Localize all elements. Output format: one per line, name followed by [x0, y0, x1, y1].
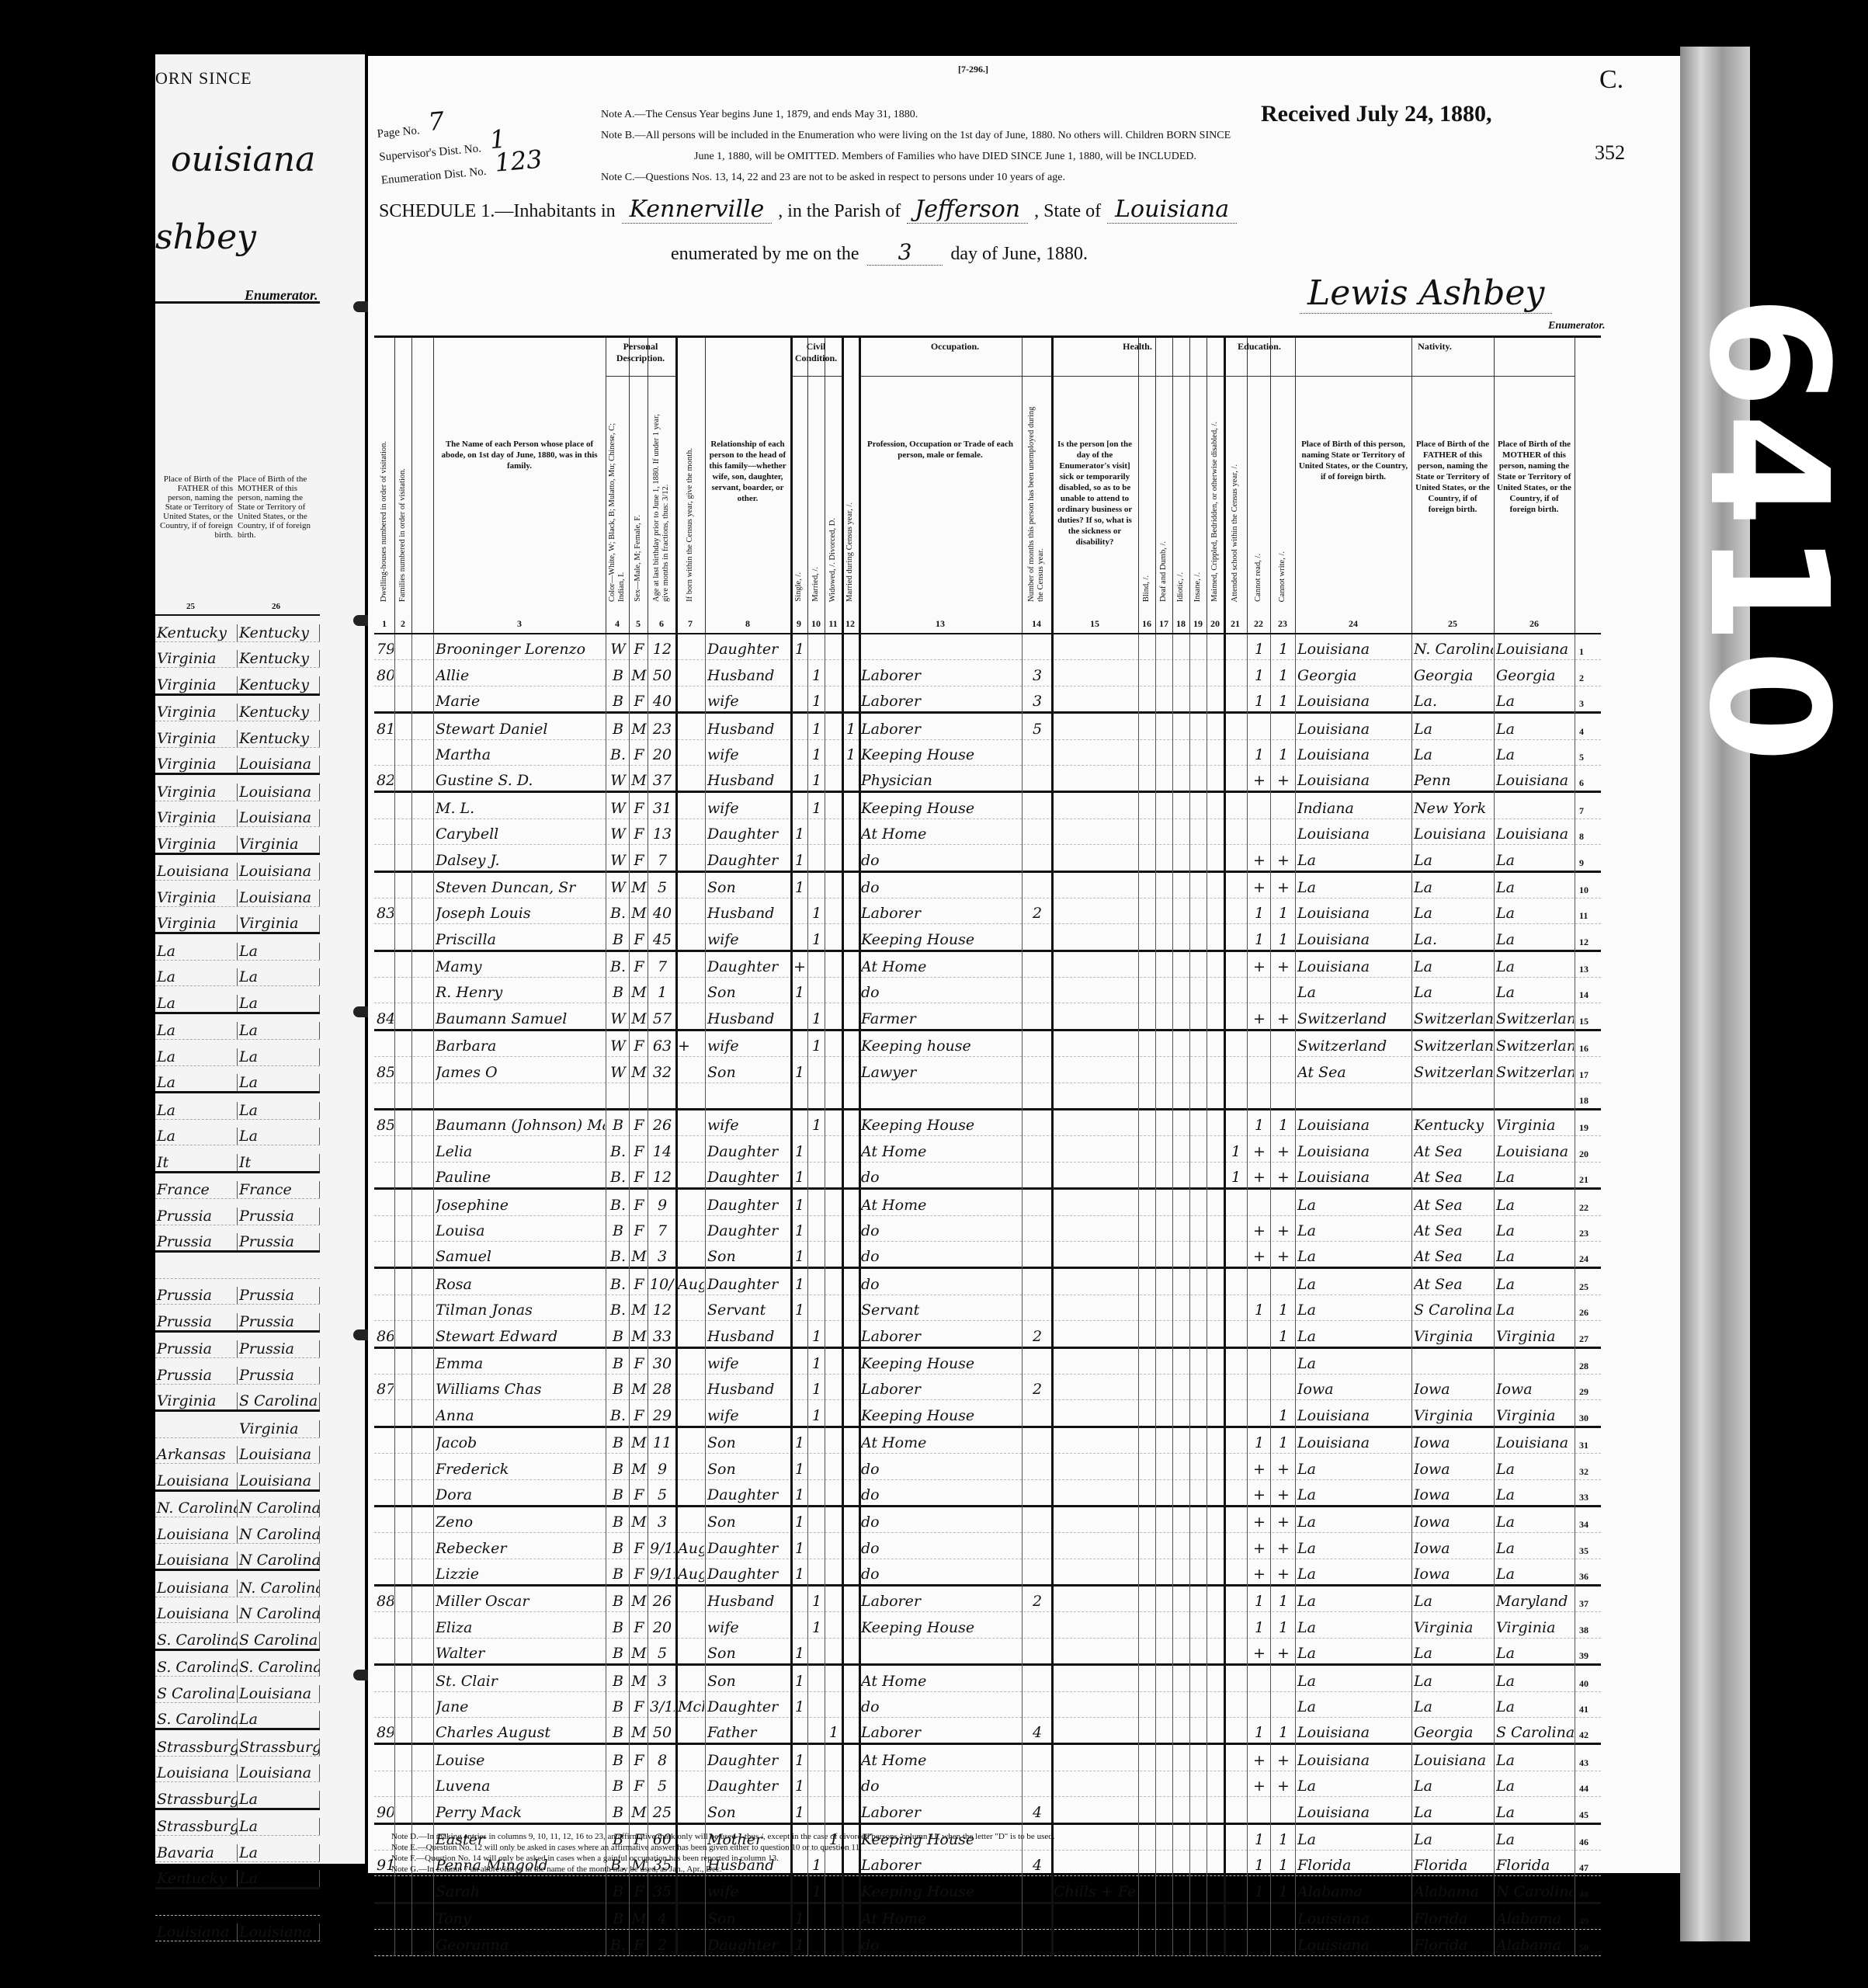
cell-color: B — [608, 1804, 628, 1821]
cell-age: 9/12 — [650, 1540, 675, 1557]
census-row: 88Miller OscarBM26Husband1Laborer211LaLa… — [374, 1587, 1601, 1612]
line-number: 29 — [1579, 1386, 1599, 1398]
cell-relation: Son — [707, 1673, 790, 1690]
cell-name: Georanna — [436, 1937, 605, 1954]
cell-mother-birthplace: Louisiana — [1496, 641, 1574, 658]
cell-mother-birthplace: S Carolina — [1496, 1724, 1574, 1741]
left-cell-mother-birthplace: Kentucky — [238, 624, 320, 641]
left-cell-father-birthplace: Louisiana — [155, 1552, 238, 1569]
header-c6-text: Age at last birthday prior to June 1, 18… — [652, 400, 671, 602]
census-page: [7-296.] Received July 24, 1880, C. 352 … — [368, 56, 1680, 1873]
cell-cannot-write: 1 — [1273, 693, 1294, 710]
cell-color: W — [608, 1037, 628, 1055]
cell-father-birthplace: La — [1414, 1593, 1493, 1610]
footnotes: Note D.—In making entries in columns 9, … — [391, 1831, 1054, 1875]
cell-color: B — [608, 1593, 628, 1610]
cell-single: 1 — [793, 1673, 807, 1690]
left-table-row: VirginiaVirginia — [155, 827, 320, 855]
cell-relation: Husband — [707, 1381, 790, 1398]
left-cell-mother-birthplace: Prussia — [238, 1367, 320, 1384]
note-e: Note E.—Question No. 12 will only be ask… — [391, 1842, 1054, 1853]
cell-cannot-read: + — [1249, 1248, 1269, 1265]
cell-mother-birthplace: La — [1496, 1461, 1574, 1478]
cell-cannot-write: + — [1273, 772, 1294, 789]
line-number: 14 — [1579, 989, 1599, 1001]
cell-occupation: do — [861, 1222, 1021, 1239]
left-col26-header: Place of Birth of the MOTHER of this per… — [238, 474, 315, 540]
cell-color: B. — [608, 1937, 628, 1954]
census-row: LuvenaBF5Daughter1do++LaLaLa44 — [374, 1771, 1601, 1797]
cell-name: Charles August — [436, 1724, 605, 1741]
cell-age: 31 — [650, 800, 675, 817]
table-body: 79Brooninger LorenzoWF12Daughter111Louis… — [374, 634, 1601, 1956]
census-row: LouisaBF7Daughter1do++LaAt SeaLa23 — [374, 1216, 1601, 1242]
cell-single: 1 — [793, 1248, 807, 1265]
cell-color: W — [608, 772, 628, 789]
left-cell-father-birthplace: Louisiana — [155, 1924, 238, 1941]
cell-color: B — [608, 721, 628, 738]
cell-married: 1 — [810, 1037, 824, 1055]
cell-father-birthplace: Iowa — [1414, 1381, 1493, 1398]
cell-attended: 1 — [1226, 1169, 1246, 1186]
cell-cannot-read: 1 — [1249, 641, 1269, 658]
left-cell-mother-birthplace: Prussia — [238, 1287, 320, 1304]
cell-birthplace: Louisiana — [1297, 905, 1411, 922]
cell-name: Luvena — [436, 1778, 605, 1795]
cell-name: Zeno — [436, 1514, 605, 1531]
cell-occupation: do — [861, 1461, 1021, 1478]
cell-color: B — [608, 931, 628, 948]
cell-age: 50 — [650, 1724, 675, 1741]
cell-birthplace: La — [1297, 1645, 1411, 1662]
cell-color: B — [608, 1540, 628, 1557]
cell-married: 1 — [810, 905, 824, 922]
left-cell-mother-birthplace: Louisiana — [238, 1446, 320, 1463]
line-number: 33 — [1579, 1492, 1599, 1503]
state-value: Louisiana — [1107, 196, 1237, 224]
cell-married: 1 — [810, 667, 824, 684]
cell-father-birthplace: Alabama — [1414, 1883, 1493, 1900]
header-c11-text: Widowed, /. Divorced, D. — [828, 518, 838, 602]
cell-age: 3 — [650, 1514, 675, 1531]
cell-birthplace: Louisiana — [1297, 693, 1411, 710]
enumerator-label: Enumerator. — [1548, 320, 1606, 332]
cell-cannot-read: + — [1249, 1486, 1269, 1503]
cell-mother-birthplace: La — [1496, 746, 1574, 763]
cell-color: B — [608, 1673, 628, 1690]
left-cell-mother-birthplace: La — [238, 1074, 320, 1091]
cell-cannot-read: 1 — [1249, 1117, 1269, 1134]
census-row: SarahBF35wife1Keeping HouseChills + Feve… — [374, 1876, 1601, 1903]
left-table-row: LouisianaN Carolina — [155, 1544, 320, 1572]
left-cell-father-birthplace: Virginia — [155, 809, 238, 826]
line-number: 16 — [1579, 1043, 1599, 1055]
cell-cannot-write: 1 — [1273, 1883, 1294, 1900]
cell-birthplace: Louisiana — [1297, 772, 1411, 789]
cell-birthplace: La — [1297, 879, 1411, 896]
cell-relation: wife — [707, 1355, 790, 1372]
left-cell-mother-birthplace: La — [238, 1818, 320, 1835]
place-value: Kennerville — [622, 196, 773, 224]
left-table-row: N. CarolinaN Carolina — [155, 1492, 320, 1518]
cell-occupation: Keeping House — [861, 800, 1021, 817]
cell-birthplace: La — [1297, 1328, 1411, 1345]
census-row: MarieBF40wife1Laborer311LouisianaLa.La3 — [374, 686, 1601, 714]
cell-age: 12 — [650, 1302, 675, 1319]
cell-birthplace: Louisiana — [1297, 931, 1411, 948]
cell-name: Priscilla — [436, 931, 605, 948]
cell-cannot-read: + — [1249, 852, 1269, 869]
cell-occupation: Keeping House — [861, 1407, 1021, 1424]
cell-occupation: do — [861, 1514, 1021, 1531]
left-cell-mother-birthplace: La — [238, 1022, 320, 1039]
cell-age: 7 — [650, 852, 675, 869]
left-cell-mother-birthplace: N Carolina — [238, 1500, 320, 1517]
county-value: Jefferson — [907, 196, 1028, 224]
cell-cannot-write: + — [1273, 879, 1294, 896]
left-cell-mother-birthplace: La — [238, 1844, 320, 1861]
cell-father-birthplace: At Sea — [1414, 1169, 1493, 1186]
left-cell-mother-birthplace: S Carolina — [238, 1392, 320, 1409]
cell-cannot-read: 1 — [1249, 1857, 1269, 1874]
cell-mother-birthplace: Virginia — [1496, 1407, 1574, 1424]
cell-relation: Daughter — [707, 1222, 790, 1239]
cell-color: B — [608, 1883, 628, 1900]
cell-birthplace: Louisiana — [1297, 1752, 1411, 1769]
cell-name: Martha — [436, 746, 605, 763]
cell-month: + — [678, 1037, 704, 1055]
cell-relation: wife — [707, 931, 790, 948]
cell-relation: wife — [707, 693, 790, 710]
cell-color: B. — [608, 1169, 628, 1186]
cell-father-birthplace: La — [1414, 958, 1493, 975]
cell-age: 1 — [650, 984, 675, 1001]
left-table-row: VirginiaKentucky — [155, 721, 320, 748]
cell-father-birthplace: Iowa — [1414, 1540, 1493, 1557]
enumeration-district-value: 123 — [494, 144, 543, 178]
left-cell-father-birthplace: Virginia — [155, 836, 238, 853]
cell-cannot-write: 1 — [1273, 931, 1294, 948]
header-c4-number: 4 — [606, 618, 629, 630]
cell-single: 1 — [793, 825, 807, 843]
cell-sex: M — [631, 1645, 647, 1662]
cell-age: 12 — [650, 1169, 675, 1186]
line-number: 42 — [1579, 1729, 1599, 1741]
cell-dwelling: 89 — [377, 1724, 394, 1741]
left-table-row: VirginiaLouisiana — [155, 775, 320, 801]
cell-color: B. — [608, 1302, 628, 1319]
cell-single: 1 — [793, 1461, 807, 1478]
cell-relation: wife — [707, 1619, 790, 1636]
cell-mother-birthplace: La — [1496, 1514, 1574, 1531]
left-cell-mother-birthplace: Louisiana — [238, 784, 320, 801]
left-cell-mother-birthplace: Virginia — [238, 915, 320, 932]
cell-father-birthplace: Georgia — [1414, 667, 1493, 684]
cell-birthplace: La — [1297, 1514, 1411, 1531]
cell-cannot-write: 1 — [1273, 746, 1294, 763]
census-row: PaulineB.F12Daughter1do1++LouisianaAt Se… — [374, 1163, 1601, 1190]
cell-single: 1 — [793, 1698, 807, 1715]
line-number: 9 — [1579, 857, 1599, 869]
cell-mother-birthplace: La — [1496, 693, 1574, 710]
cell-name: Josephine — [436, 1197, 605, 1214]
header-c23-number: 23 — [1270, 618, 1295, 630]
cell-cannot-write: + — [1273, 1222, 1294, 1239]
line-number: 47 — [1579, 1862, 1599, 1874]
cell-age: 37 — [650, 772, 675, 789]
cell-cannot-write: 1 — [1273, 1407, 1294, 1424]
cell-married: 1 — [810, 1407, 824, 1424]
cell-name: Tilman Jonas — [436, 1302, 605, 1319]
cell-cannot-write: 1 — [1273, 1724, 1294, 1741]
cell-father-birthplace: Virginia — [1414, 1407, 1493, 1424]
left-cell-mother-birthplace: Louisiana — [238, 863, 320, 880]
cell-sex: M — [631, 905, 647, 922]
cell-name: Rebecker — [436, 1540, 605, 1557]
cell-cannot-read: + — [1249, 1566, 1269, 1583]
cell-color: W — [608, 825, 628, 843]
cell-cannot-write: + — [1273, 1461, 1294, 1478]
note-a: Note A.—The Census Year begins June 1, 1… — [601, 104, 1377, 125]
left-cell-mother-birthplace: It — [238, 1154, 320, 1171]
cell-color: B — [608, 1328, 628, 1345]
page-number-value: 7 — [427, 106, 446, 137]
cell-mother-birthplace: Virginia — [1496, 1328, 1574, 1345]
left-table-row: ItIt — [155, 1145, 320, 1173]
cell-father-birthplace: Switzerland — [1414, 1037, 1493, 1055]
cell-mother-birthplace: Louisiana — [1496, 772, 1574, 789]
cell-cannot-read: 1 — [1249, 905, 1269, 922]
cell-mother-birthplace: La — [1496, 852, 1574, 869]
cell-unemployed: 2 — [1024, 1381, 1050, 1398]
cell-sex: F — [631, 1778, 647, 1795]
cell-father-birthplace: Switzerland — [1414, 1010, 1493, 1027]
cell-father-birthplace: La — [1414, 721, 1493, 738]
header-c18-text: Idiotic, /. — [1176, 572, 1186, 602]
line-number: 13 — [1579, 964, 1599, 975]
header-c20-text: Maimed, Crippled, Bedridden, or otherwis… — [1210, 422, 1220, 602]
cell-name: Stewart Edward — [436, 1328, 605, 1345]
cell-married: 1 — [810, 800, 824, 817]
census-table: Personal Description.Civil Condition.Occ… — [374, 335, 1601, 1956]
header-c14-text: Number of months this person has been un… — [1027, 400, 1046, 602]
cell-cannot-read: 1 — [1249, 693, 1269, 710]
note-g: Note G.—In column 7 an abbreviation in t… — [391, 1864, 1054, 1875]
left-table-row: VirginiaVirginia — [155, 907, 320, 935]
cell-occupation: do — [861, 879, 1021, 896]
cell-color: W — [608, 641, 628, 658]
enum-date-label: enumerated by me on the — [671, 244, 859, 265]
cell-father-birthplace: At Sea — [1414, 1143, 1493, 1160]
cell-sex: F — [631, 800, 647, 817]
cell-unemployed: 4 — [1024, 1804, 1050, 1821]
cell-single: 1 — [793, 1434, 807, 1451]
cell-birthplace: Iowa — [1297, 1381, 1411, 1398]
cell-relation: Husband — [707, 1593, 790, 1610]
cell-occupation: Farmer — [861, 1010, 1021, 1027]
left-cell-mother-birthplace: Kentucky — [238, 676, 320, 693]
cell-occupation: Laborer — [861, 721, 1021, 738]
cell-color: B — [608, 1724, 628, 1741]
header-c16-number: 16 — [1138, 618, 1155, 630]
census-row: DoraBF5Daughter1do++LaIowaLa33 — [374, 1480, 1601, 1507]
left-cell-father-birthplace: Prussia — [155, 1313, 238, 1330]
cell-single: + — [793, 958, 807, 975]
cell-age: 40 — [650, 905, 675, 922]
header-c10: Married, /.10 — [807, 338, 825, 633]
cell-father-birthplace: Virginia — [1414, 1328, 1493, 1345]
cell-occupation: Keeping house — [861, 1037, 1021, 1055]
census-row: 85James OWM32Son1LawyerAt SeaSwitzerland… — [374, 1057, 1601, 1083]
cell-sex: F — [631, 958, 647, 975]
cell-birthplace: La — [1297, 1540, 1411, 1557]
cell-name: Miller Oscar — [436, 1593, 605, 1610]
cell-cannot-read: 1 — [1249, 1883, 1269, 1900]
cell-father-birthplace: Iowa — [1414, 1461, 1493, 1478]
cell-color: B — [608, 1566, 628, 1583]
header-c16: Blind, /.16 — [1138, 338, 1156, 633]
cell-occupation: Laborer — [861, 905, 1021, 922]
left-cell-father-birthplace: S. Carolina — [155, 1711, 238, 1728]
header-c22-number: 22 — [1247, 618, 1270, 630]
cell-birthplace: Louisiana — [1297, 1910, 1411, 1927]
left-cell-father-birthplace: S. Carolina — [155, 1632, 238, 1649]
cell-sex: F — [631, 1540, 647, 1557]
cell-mother-birthplace: La — [1496, 984, 1574, 1001]
cell-color: B — [608, 1461, 628, 1478]
left-cell-father-birthplace: S Carolina — [155, 1685, 238, 1702]
cell-father-birthplace: La — [1414, 1698, 1493, 1715]
left-cell-father-birthplace: N. Carolina — [155, 1500, 238, 1517]
header-c2: Families numbered in order of visitation… — [394, 338, 412, 633]
line-number: 30 — [1579, 1413, 1599, 1424]
census-row: 80AllieBM50Husband1Laborer311GeorgiaGeor… — [374, 660, 1601, 686]
cell-cannot-write: 1 — [1273, 1328, 1294, 1345]
cell-color: B — [608, 1752, 628, 1769]
cell-father-birthplace: N. Carolina — [1414, 641, 1493, 658]
header-c25: Place of Birth of the FATHER of this per… — [1411, 338, 1495, 633]
line-number: 6 — [1579, 777, 1599, 789]
cell-occupation: Laborer — [861, 1381, 1021, 1398]
cell-age: 9/12 — [650, 1566, 675, 1583]
cell-married: 1 — [810, 1010, 824, 1027]
cell-occupation: Laborer — [861, 667, 1021, 684]
cell-age: 3 — [650, 1673, 675, 1690]
left-cell-mother-birthplace: La — [238, 1128, 320, 1145]
left-cell-mother-birthplace: Louisiana — [238, 889, 320, 906]
census-row: 89Charles AugustBM50Father1Laborer411Lou… — [374, 1718, 1601, 1745]
cell-married: 1 — [810, 746, 824, 763]
cell-color: B — [608, 1486, 628, 1503]
cell-father-birthplace: La — [1414, 1778, 1493, 1795]
census-row: PriscillaBF45wife1Keeping House11Louisia… — [374, 924, 1601, 951]
census-row: RebeckerBF9/12AugDaughter1do++LaIowaLa35 — [374, 1533, 1601, 1559]
cell-mother-birthplace: Florida — [1496, 1857, 1574, 1874]
cell-mother-birthplace: Maryland — [1496, 1593, 1574, 1610]
left-cell-mother-birthplace: S. Carolina — [238, 1659, 320, 1676]
cell-sex: F — [631, 1619, 647, 1636]
cell-age: 14 — [650, 1143, 675, 1160]
cell-name: Samuel — [436, 1248, 605, 1265]
cell-sex: F — [631, 1222, 647, 1239]
cell-widowed: 1 — [827, 1724, 841, 1741]
header-c11-number: 11 — [825, 618, 842, 630]
cell-name: M. L. — [436, 800, 605, 817]
cell-mother-birthplace: Louisiana — [1496, 1143, 1574, 1160]
cell-occupation: Keeping House — [861, 1355, 1021, 1372]
header-c2-text: Families numbered in order of visitation… — [398, 468, 408, 602]
header-c19: Insane, /.19 — [1189, 338, 1207, 633]
cell-age: 20 — [650, 1619, 675, 1636]
cell-color: B — [608, 1514, 628, 1531]
cell-name: Walter — [436, 1645, 605, 1662]
cell-birthplace: La — [1297, 1831, 1411, 1848]
census-row: JacobBM11Son1At Home11LouisianaIowaLouis… — [374, 1428, 1601, 1454]
line-number: 8 — [1579, 831, 1599, 843]
line-number: 34 — [1579, 1519, 1599, 1531]
header-c3: The Name of each Person whose place of a… — [433, 338, 606, 633]
cell-unemployed: 2 — [1024, 1328, 1050, 1345]
left-table-row: LouisianaN Carolina — [155, 1517, 320, 1544]
cell-sex: F — [631, 1566, 647, 1583]
cell-father-birthplace: La — [1414, 1831, 1493, 1848]
left-table-row: LouisianaLouisiana — [155, 1916, 320, 1942]
line-number: 10 — [1579, 885, 1599, 896]
left-table-row: LaLa — [155, 934, 320, 961]
cell-relation: Daughter — [707, 641, 790, 658]
header-c17: Deaf and Dumb, /.17 — [1155, 338, 1173, 633]
header-c15-text: Is the person [on the day of the Enumera… — [1054, 439, 1135, 547]
cell-relation: Daughter — [707, 1778, 790, 1795]
cell-cannot-read: 1 — [1249, 1302, 1269, 1319]
cell-sex: M — [631, 1064, 647, 1081]
cell-cannot-read: 1 — [1249, 746, 1269, 763]
header-c21-number: 21 — [1224, 618, 1247, 630]
cell-dwelling: 85 — [377, 1064, 394, 1081]
cell-married: 1 — [810, 772, 824, 789]
cell-relation: Husband — [707, 1328, 790, 1345]
cell-occupation: Laborer — [861, 1804, 1021, 1821]
cell-cannot-read: + — [1249, 1752, 1269, 1769]
cell-married: 1 — [810, 693, 824, 710]
left-col25-num: 25 — [186, 602, 195, 611]
cell-father-birthplace: Louisiana — [1414, 1752, 1493, 1769]
census-row: EmmaBF30wife1Keeping HouseLa28 — [374, 1349, 1601, 1375]
header-c10-text: Married, /. — [811, 567, 821, 602]
cell-occupation: do — [861, 852, 1021, 869]
header-col-blank — [411, 338, 434, 633]
census-row: FrederickBM9Son1do++LaIowaLa32 — [374, 1454, 1601, 1479]
census-row: TonyBM4Son1At HomeLouisianaFloridaAlabam… — [374, 1904, 1601, 1930]
left-cell-mother-birthplace: La — [238, 1791, 320, 1808]
enum-date-suffix: day of June, 1880. — [950, 244, 1088, 265]
left-cell-father-birthplace: S. Carolina — [155, 1659, 238, 1676]
left-cell-father-birthplace: La — [155, 1048, 238, 1065]
cell-cannot-write: + — [1273, 1540, 1294, 1557]
header-c16-text: Blind, /. — [1142, 575, 1151, 602]
cell-married: 1 — [810, 1883, 824, 1900]
cell-name: Baumann Samuel — [436, 1010, 605, 1027]
census-row: RosaB.F10/12AugDaughter1doLaAt SeaLa25 — [374, 1269, 1601, 1295]
header-c25-text: Place of Birth of the FATHER of this per… — [1415, 439, 1491, 515]
cell-birthplace: La — [1297, 1276, 1411, 1293]
cell-relation: Son — [707, 984, 790, 1001]
header-c17-number: 17 — [1155, 618, 1172, 630]
cell-cannot-write: + — [1273, 958, 1294, 975]
cell-relation: wife — [707, 1883, 790, 1900]
line-number: 3 — [1579, 698, 1599, 710]
left-table-row: VirginiaKentucky — [155, 668, 320, 696]
